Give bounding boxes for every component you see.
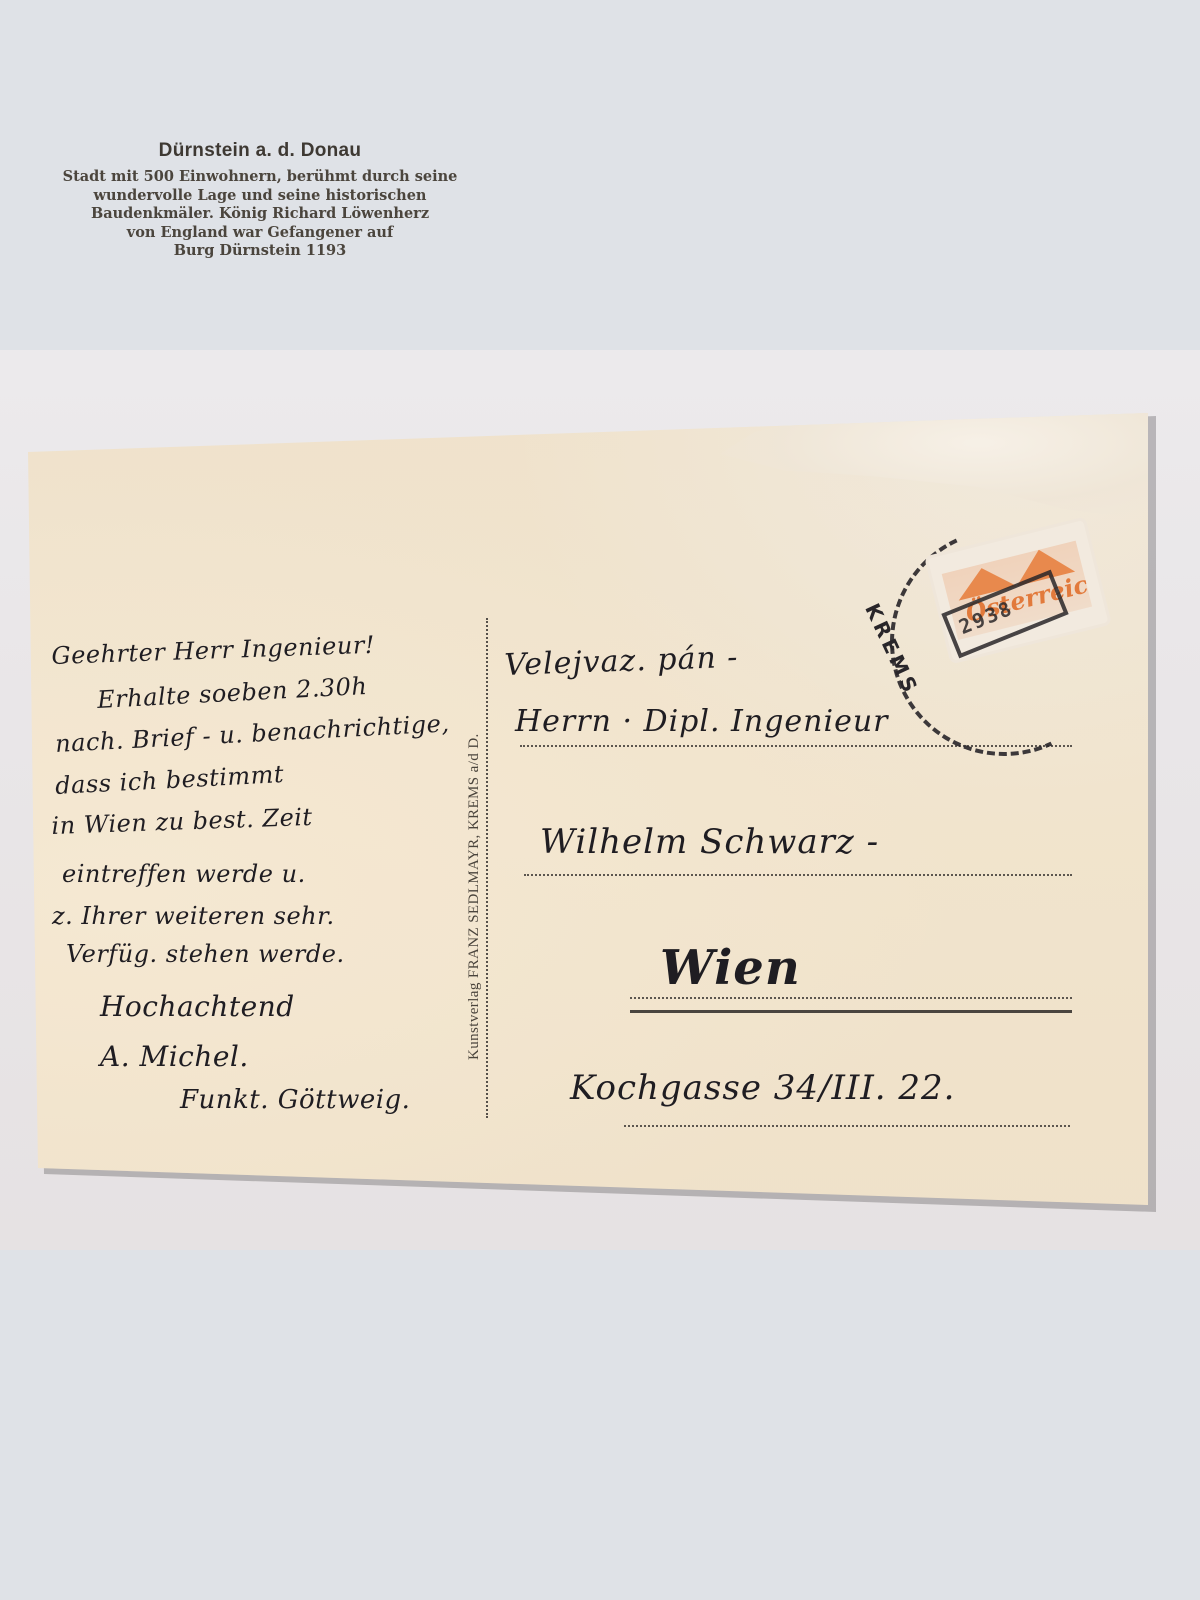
message-line: eintreffen werde u. bbox=[62, 860, 306, 888]
torn-paper-area bbox=[720, 410, 1150, 520]
description-line: Burg Dürnstein 1193 bbox=[40, 242, 480, 261]
publisher-imprint: Kunstverlag FRANZ SEDLMAYR, KREMS a/d D. bbox=[466, 733, 483, 1060]
description-line: wundervolle Lage und seine historischen bbox=[40, 187, 480, 206]
postcard-description: Stadt mit 500 Einwohnern, berühmt durch … bbox=[40, 168, 480, 261]
message-line: z. Ihrer weiteren sehr. bbox=[52, 902, 335, 930]
description-line: Stadt mit 500 Einwohnern, berühmt durch … bbox=[40, 168, 480, 187]
description-line: Baudenkmäler. König Richard Löwenherz bbox=[40, 205, 480, 224]
sender-location: Funkt. Göttweig. bbox=[180, 1085, 410, 1115]
address-line-2 bbox=[524, 874, 1072, 876]
address-street: Kochgasse 34/III. 22. bbox=[570, 1068, 955, 1108]
vertical-divider bbox=[486, 618, 488, 1118]
address-recipient-title: Herrn · Dipl. Ingenieur bbox=[515, 704, 889, 739]
address-line-3-underline bbox=[630, 1010, 1072, 1013]
postcard-title: Dürnstein a. d. Donau bbox=[60, 140, 460, 162]
message-line: Verfüg. stehen werde. bbox=[66, 940, 345, 968]
address-line-3 bbox=[630, 997, 1072, 999]
description-line: von England war Gefangener auf bbox=[40, 224, 480, 243]
address-city: Wien bbox=[660, 940, 801, 996]
photo-background bbox=[0, 350, 1200, 1250]
closing-line: Hochachtend bbox=[100, 990, 295, 1023]
signature: A. Michel. bbox=[100, 1040, 249, 1073]
address-recipient-name: Wilhelm Schwarz - bbox=[540, 822, 879, 862]
postcard bbox=[0, 350, 1200, 1250]
address-line-4 bbox=[624, 1125, 1070, 1127]
